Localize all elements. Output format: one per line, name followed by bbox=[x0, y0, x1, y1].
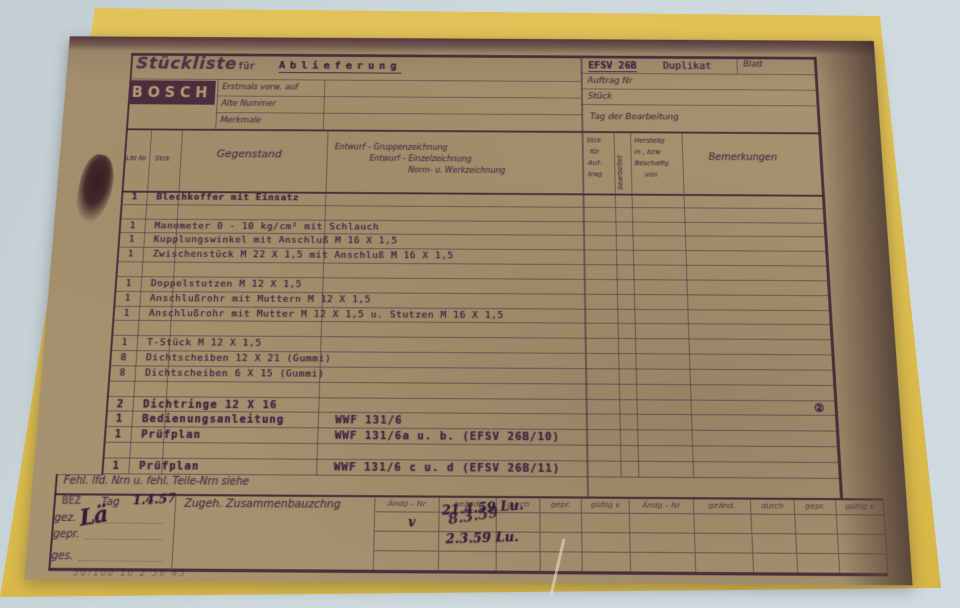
row-remark: ② bbox=[814, 402, 825, 414]
col-for-order-2: für bbox=[590, 148, 600, 156]
rule bbox=[323, 80, 326, 130]
change-cell bbox=[540, 513, 582, 532]
row-item: Bedienungsanleitung bbox=[142, 413, 285, 426]
change-col-header: gültig v bbox=[836, 498, 885, 514]
rule bbox=[217, 95, 581, 98]
change-cell bbox=[497, 552, 541, 571]
change-col-header: gepr. bbox=[540, 496, 582, 512]
col-for-order-3: Auf- bbox=[588, 159, 602, 167]
document-code: EFSV 26B bbox=[588, 60, 637, 72]
rule bbox=[581, 73, 817, 75]
change-col-header: geänd. bbox=[694, 497, 752, 513]
change-cell bbox=[839, 554, 888, 573]
row-item: Kupplungswinkel mit Anschluß M 16 X 1,5 bbox=[153, 235, 397, 247]
bosch-logo: BOSCH bbox=[128, 80, 216, 104]
parts-list-paper: 30/100 10 2 56 45 Stückliste fü bbox=[24, 36, 912, 585]
change-cell bbox=[439, 552, 497, 571]
row-item: Dichtscheiben 6 X 15 (Gummi) bbox=[145, 367, 325, 379]
for-label: für bbox=[237, 62, 255, 72]
old-number-label: Alte Nummer bbox=[221, 99, 276, 109]
row-qty: 1 bbox=[125, 192, 145, 203]
rule bbox=[215, 79, 219, 129]
change-cell bbox=[837, 515, 886, 534]
change-entry-2: 2.3.59 Lu. bbox=[445, 528, 519, 546]
row-qty: 1 bbox=[118, 293, 139, 304]
row-qty: 1 bbox=[109, 413, 130, 426]
change-cell bbox=[753, 554, 798, 573]
first-use-label: Erstmals verw. auf bbox=[222, 83, 298, 93]
row-qty: 1 bbox=[121, 249, 142, 260]
col-for-order-4: trag bbox=[588, 171, 602, 179]
rule bbox=[581, 88, 818, 90]
row-item: Blechkoffer mit Einsatz bbox=[156, 192, 299, 203]
col-lfd-nr: Lfd Nr bbox=[126, 155, 147, 163]
row-qty: 1 bbox=[116, 307, 137, 318]
change-cell bbox=[797, 554, 840, 573]
change-cell bbox=[838, 535, 887, 554]
order-number-label: Auftrag Nr bbox=[587, 77, 632, 86]
rule bbox=[581, 104, 818, 106]
features-label: Merkmale bbox=[220, 116, 261, 126]
row-qty: 2 bbox=[110, 398, 131, 411]
row-item: Prüfplan bbox=[139, 460, 200, 473]
change-cell bbox=[630, 533, 695, 552]
change-cell bbox=[374, 551, 439, 570]
change-cell bbox=[582, 533, 630, 552]
signature: Lä bbox=[78, 500, 108, 531]
form-title: Stückliste bbox=[136, 55, 238, 74]
change-cell bbox=[631, 553, 697, 572]
dotted-line bbox=[84, 539, 163, 541]
change-cell bbox=[696, 553, 754, 572]
duplicate-label: Duplikat bbox=[663, 61, 712, 72]
change-col-header: Ändg – Nr bbox=[629, 497, 694, 513]
row-item: Dichtringe 12 X 16 bbox=[143, 398, 278, 411]
col-madeby-2: in , bzw bbox=[634, 148, 660, 156]
row-qty: 1 bbox=[114, 337, 135, 348]
col-madeby-4: von bbox=[645, 171, 658, 179]
purpose-value: Ablieferung bbox=[279, 59, 402, 73]
change-cell bbox=[752, 515, 797, 534]
row-drawing: WWF 131/6 c u. d (EFSV 26B/11) bbox=[334, 461, 561, 475]
change-row bbox=[374, 551, 889, 574]
assembly-drawing-label: Zugeh. Zusammenbauzchng bbox=[184, 497, 341, 511]
checked-label: gepr. bbox=[53, 529, 80, 541]
col-drawing-3: Norm- u. Werkzeichnung bbox=[408, 166, 505, 175]
row-qty: 1 bbox=[122, 234, 143, 245]
form-grid: Stückliste für Ablieferung EFSV 26B Dupl… bbox=[94, 53, 847, 578]
row-item: Zwischenstück M 22 X 1,5 mit Anschluß M … bbox=[152, 249, 453, 262]
col-madeby-3: Beschaffg bbox=[635, 160, 669, 168]
col-gegenstand: Gegenstand bbox=[216, 148, 282, 161]
photo-of-parts-list: { "photo": { "backdrop_color": "#ccd8dc"… bbox=[0, 0, 960, 608]
row-drawing: WWF 131/6 bbox=[335, 414, 403, 427]
change-col-header: durch bbox=[751, 498, 795, 514]
drawn-label: gez. bbox=[54, 512, 77, 524]
rule bbox=[126, 128, 820, 133]
row-qty: 8 bbox=[112, 367, 133, 378]
parts-rows: 1Blechkoffer mit Einsatz1Manometer 0 - 1… bbox=[101, 191, 841, 479]
row-qty: 1 bbox=[108, 428, 129, 441]
change-cell bbox=[796, 534, 839, 553]
col-madeby-1: Herstellg bbox=[634, 137, 665, 145]
col-bemerkungen: Bemerkungen bbox=[708, 152, 777, 163]
row-qty: 8 bbox=[113, 352, 134, 363]
row-item: Dichtscheiben 12 X 21 (Gummi) bbox=[146, 352, 332, 364]
change-cell bbox=[694, 514, 752, 533]
row-item: Manometer 0 - 10 kg/cm² mit Schlauch bbox=[154, 220, 379, 232]
change-cell bbox=[795, 515, 838, 534]
change-mark: v bbox=[408, 515, 416, 530]
ink-stain bbox=[71, 152, 119, 225]
row-item: Doppelstutzen M 12 X 1,5 bbox=[151, 278, 303, 290]
day-value: 1.4.57 bbox=[133, 491, 177, 508]
col-bearbeitet: bearbeitet bbox=[616, 137, 625, 190]
processing-date-label: Tag der Bearbeitung bbox=[590, 112, 679, 122]
seen-label: ges. bbox=[51, 550, 74, 562]
change-col-header: gültig v bbox=[582, 496, 630, 512]
row-qty: 1 bbox=[119, 278, 140, 289]
row-qty: 1 bbox=[123, 220, 143, 231]
col-drawing-1: Entwurf – Gruppenzeichnung bbox=[335, 143, 448, 152]
sheet-label: Blatt bbox=[743, 60, 763, 69]
change-cell bbox=[582, 514, 630, 533]
piece-count-label: Stück bbox=[588, 92, 612, 101]
change-col-header: Ändg – Nr bbox=[375, 495, 440, 511]
col-drawing-2: Entwurf – Einzelzeichnung bbox=[369, 154, 471, 163]
change-cell bbox=[630, 514, 695, 533]
row-qty: 1 bbox=[106, 459, 127, 472]
change-cell bbox=[695, 534, 753, 553]
change-cell bbox=[374, 532, 439, 551]
row-drawing: WWF 131/6a u. b. (EFSV 26B/10) bbox=[335, 430, 561, 444]
row-item: Prüfplan bbox=[141, 429, 202, 442]
col-stck: Stck bbox=[155, 155, 170, 163]
col-for-order-1: Stck bbox=[586, 137, 601, 145]
missing-note: Fehl. lfd. Nrn u. fehl. Teile-Nrn siehe bbox=[63, 475, 249, 488]
change-cell bbox=[752, 534, 797, 553]
row-item: Anschlußrohr mit Mutter M 12 X 1,5 u. St… bbox=[149, 308, 504, 321]
change-col-header: gepr. bbox=[794, 498, 836, 514]
rule bbox=[216, 112, 581, 115]
dotted-line bbox=[78, 560, 162, 562]
row-item: T-Stück M 12 X 1,5 bbox=[147, 337, 262, 349]
change-cell bbox=[583, 553, 632, 572]
row-item: Anschlußrohr mit Muttern M 12 X 1,5 bbox=[150, 293, 372, 305]
